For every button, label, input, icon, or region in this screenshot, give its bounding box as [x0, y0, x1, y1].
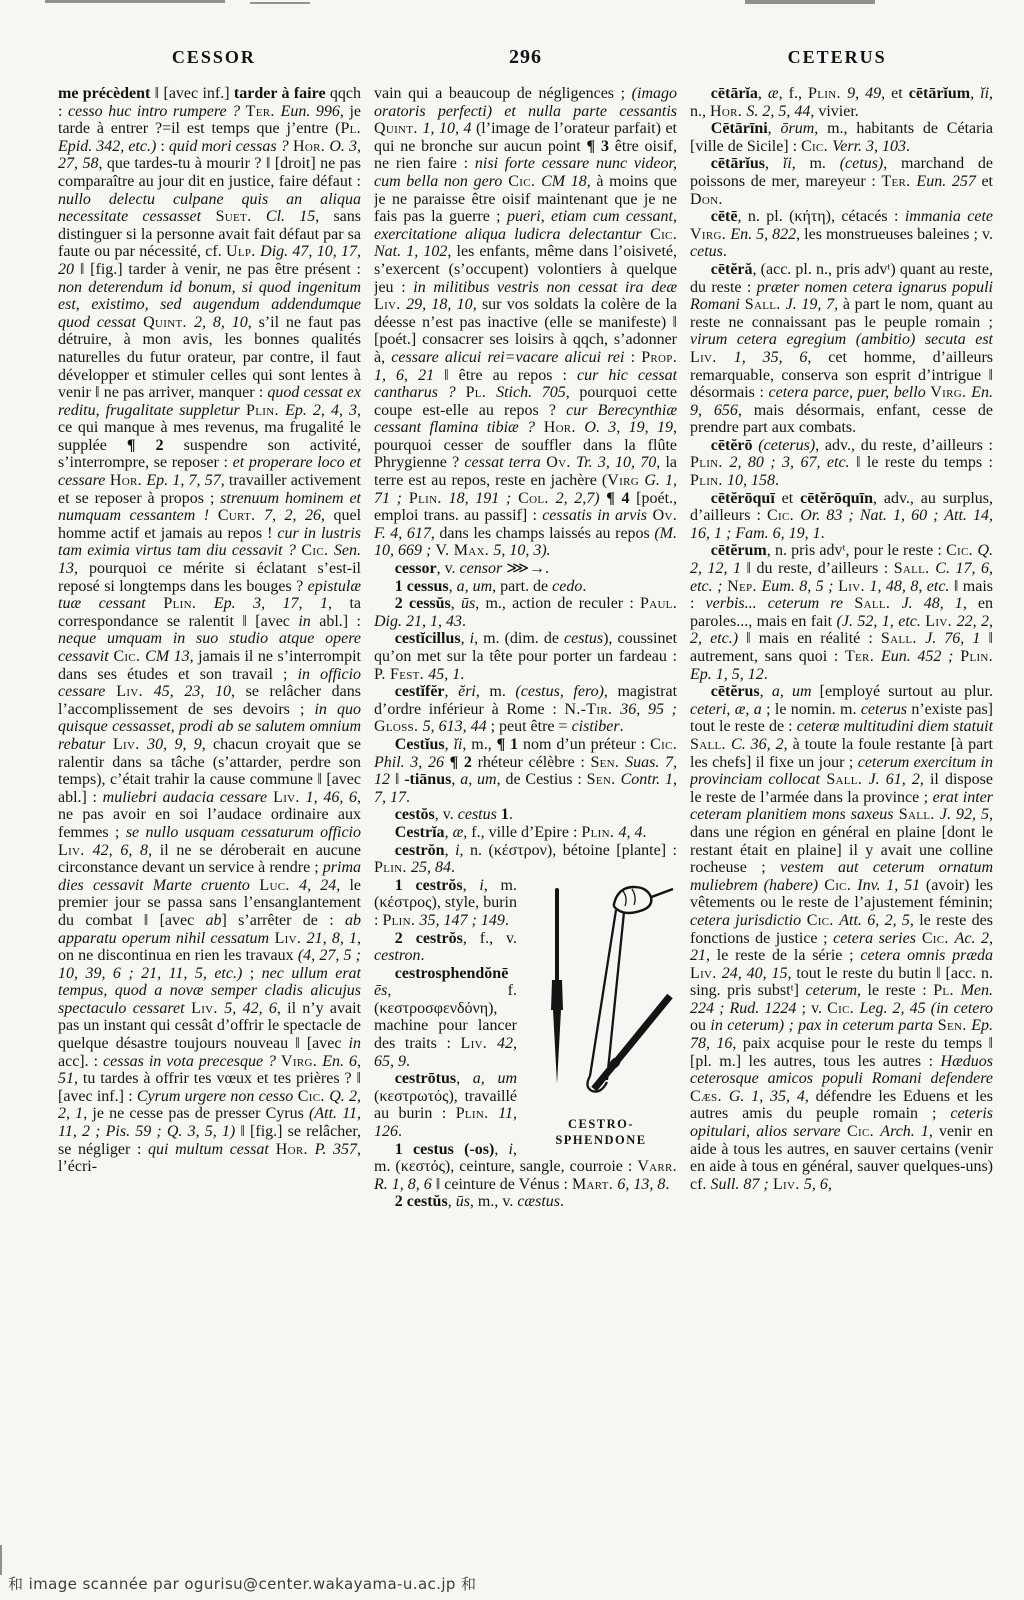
- scan-artifact: [745, 0, 875, 4]
- entry-paragraph: cētĕrum, n. pris advᵗ, pour le reste : C…: [690, 542, 993, 683]
- continuation-paragraph: me précèdent ‖ [avec inf.] tarder à fair…: [58, 85, 361, 1176]
- entry-paragraph: cētĕrus, a, um [employé surtout au plur.…: [690, 683, 993, 1193]
- entry-paragraph: cētē, n. pl. (κήτη), cétacés : immania c…: [690, 208, 993, 261]
- page-number: 296: [370, 46, 682, 69]
- entry-paragraph: 2 cessŭs, ūs, m., action de reculer : Pa…: [374, 595, 677, 630]
- entry-paragraph: cētārĭus, ĭi, m. (cetus), marchand de po…: [690, 155, 993, 208]
- cestrosphendone-figure: CESTRO- SPHENDONE: [525, 880, 677, 1148]
- running-header: CESSOR 296 CETERUS: [0, 0, 1024, 69]
- scan-artifact: [0, 1545, 2, 1575]
- entry-paragraph: cētĕrōquī et cētĕrōquīn, adv., au surplu…: [690, 490, 993, 543]
- entry-paragraph: 1 cestus (-os), i, m. (κεστός), ceinture…: [374, 1141, 677, 1194]
- scan-watermark: 和 image scannée par ogurisu@center.wakay…: [8, 1573, 476, 1594]
- cestrosphendone-drawing: [526, 880, 676, 1112]
- entry-paragraph: 1 cessus, a, um, part. de cedo.: [374, 578, 677, 596]
- scan-artifact: [45, 0, 225, 3]
- entry-paragraph: cētĕră, (acc. pl. n., pris advᵗ) quant a…: [690, 261, 993, 437]
- entry-paragraph: cestĭcillus, i, m. (dim. de cestus), cou…: [374, 630, 677, 683]
- entry-paragraph: cestĭfĕr, ĕri, m. (cestus, fero), magist…: [374, 683, 677, 736]
- running-head-right: CETERUS: [681, 47, 993, 68]
- figure-caption: CESTRO- SPHENDONE: [525, 1116, 677, 1148]
- entry-paragraph: cestrŏn, i, n. (κέστρον), bétoine [plant…: [374, 842, 677, 877]
- text-columns: me précèdent ‖ [avec inf.] tarder à fair…: [0, 85, 1024, 1547]
- entry-paragraph: cētārĭa, æ, f., Plin. 9, 49, et cētārĭum…: [690, 85, 993, 120]
- scan-artifact: [250, 2, 310, 4]
- running-head-left: CESSOR: [58, 47, 370, 68]
- entry-paragraph: cestŏs, v. cestus 1.: [374, 806, 677, 824]
- entry-paragraph: Cestĭus, ĭi, m., ¶ 1 nom d’un préteur : …: [374, 736, 677, 806]
- column-3: cētārĭa, æ, f., Plin. 9, 49, et cētārĭum…: [690, 85, 993, 1547]
- continuation-paragraph: vain qui a beaucoup de négligences ; (im…: [374, 85, 677, 560]
- entry-paragraph: Cētārīni, ōrum, m., habitants de Cétaria…: [690, 120, 993, 155]
- entry-paragraph: cessor, v. censor ⋙→.: [374, 560, 677, 578]
- entry-paragraph: cētĕrō (ceterus), adv., du reste, d’aill…: [690, 437, 993, 490]
- entry-paragraph: 2 cestŭs, ūs, m., v. cæstus.: [374, 1193, 677, 1211]
- column-2: vain qui a beaucoup de négligences ; (im…: [374, 85, 677, 1547]
- column-1: me précèdent ‖ [avec inf.] tarder à fair…: [58, 85, 361, 1547]
- dictionary-page: CESSOR 296 CETERUS me précèdent ‖ [avec …: [0, 0, 1024, 1600]
- entry-paragraph: Cestrĭa, æ, f., ville d’Epire : Plin. 4,…: [374, 824, 677, 842]
